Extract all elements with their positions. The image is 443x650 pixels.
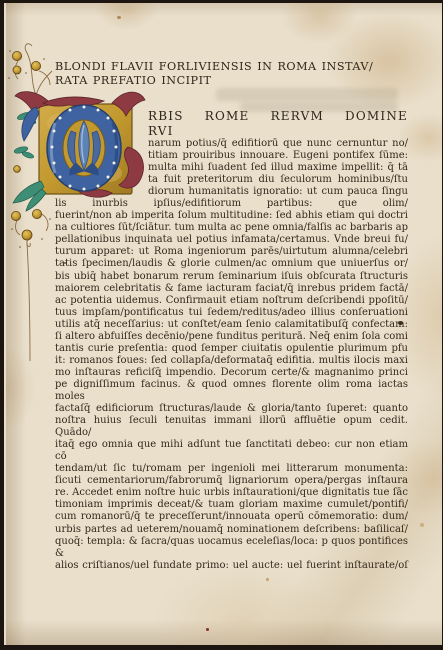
text-line: mo inſtauras reficiſq̄ impendio. Decorum…	[55, 367, 408, 379]
text-line: tuus impſam/pontificatus tui ſedem/redit…	[55, 307, 408, 319]
text-line: utilis atq̄ neceſſarius: ut conſtet/eam …	[55, 319, 408, 331]
ink-showthrough	[216, 88, 398, 101]
text-line: itaq̄ ego omnia que mihi adſunt tue ſanc…	[55, 439, 408, 463]
text-line: tantis curie preſentia: quod ſemper ciui…	[55, 343, 408, 355]
text-line: ſi altero abfuiſſes decēnio/pene funditu…	[55, 331, 408, 343]
foxing-spot	[64, 262, 66, 264]
illuminated-initial-O	[8, 83, 150, 229]
foxing-spot	[117, 16, 121, 19]
foxing-spot	[206, 628, 209, 631]
parchment-page: BLONDI FLAVII FORLIVIENSIS IN ROMA INSTA…	[4, 3, 442, 645]
text-line: pellationibus inquinata uel potius infam…	[55, 234, 408, 246]
text-line: factaſq̄ edificiorum ſtructuras/laude & …	[55, 403, 408, 415]
text-line: alios criſtianos/uel fundate primo: uel …	[55, 560, 408, 572]
text-line: cum romanorū/q̄ te preceſſerunt/innouata…	[55, 511, 408, 523]
text-line: ac potentia uidemus. Confirmauit etiam n…	[55, 295, 408, 307]
photographed-book-page: { "manuscript": { "heading_lines": [ "BL…	[0, 0, 443, 650]
text-line: urbis partes ad ueterem/nouamq̄ nominati…	[55, 524, 408, 536]
text-line: timoniam imprimis deceat/& tuam gloriam …	[55, 499, 408, 511]
text-line: it: romanos foues: ſed collapſa/deformat…	[55, 355, 408, 367]
foxing-spot	[266, 578, 269, 581]
text-line: pe digniſſimum facinus. & quod omnes flo…	[55, 379, 408, 403]
ink-showthrough	[240, 102, 398, 112]
heading-line-1: BLONDI FLAVII FORLIVIENSIS IN ROMA INSTA…	[55, 60, 407, 74]
text-line: ſicuti cementariorum/fabrorumq̄ lignario…	[55, 475, 408, 487]
text-line: maiorem celebritatis & fame iacturam fac…	[55, 283, 408, 295]
text-line: tendam/ut ſic tu/romam per ingenioli mei…	[55, 463, 408, 475]
text-line: turum apparet: ut Roma ingeniorum parēs/…	[55, 246, 408, 258]
text-line: quoq̄: templa: & ſacra/quas uocamus ecel…	[55, 536, 408, 560]
text-line: noſtra huius ſeculi tenuitas immani illo…	[55, 415, 408, 439]
foxing-spot	[420, 523, 424, 527]
text-line: bis ubiq̄ habet bonarum rerum ſeminarium…	[55, 271, 408, 283]
text-line: re. Accedet enim noſtre huic urbis inſta…	[55, 487, 408, 499]
ink-blot	[398, 321, 403, 325]
text-line: tatis ſpecimen/laudis & glorie culmen/ac…	[55, 258, 408, 270]
